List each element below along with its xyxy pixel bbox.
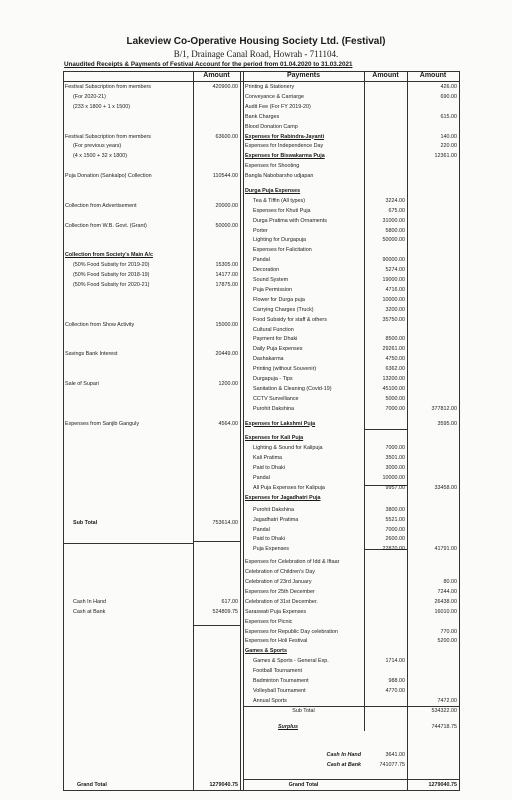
payment-label: Printing & Stationery [245, 83, 363, 91]
payment-label: Games & Sports - General Exp. [245, 657, 371, 665]
receipt-label: Puja Donation (Sankalpo) Collection [65, 172, 191, 180]
receipt-amount: 15000.00 [193, 321, 238, 329]
payment-label: Pandal [245, 474, 371, 482]
payment-amount: 3200.00 [364, 306, 405, 314]
payment-amount: 2600.00 [364, 535, 405, 543]
receipt-amount: 15305.00 [193, 261, 238, 269]
payment-label: All Puja Expenses for Kalipuja [245, 484, 371, 492]
payments-amount-header: Amount [364, 71, 407, 81]
payment-total: 3595.00 [407, 420, 457, 428]
receipt-amount: 20000.00 [193, 202, 238, 210]
payment-label: Paid to Dhaki [245, 535, 371, 543]
payment-label: Celebration of 31st December. [245, 598, 363, 606]
payment-total: 220.00 [407, 142, 457, 150]
payment-amount: 4750.00 [364, 355, 405, 363]
payment-label: Expenses for Falicitation [245, 246, 371, 254]
receipt-amount: 14177.00 [193, 271, 238, 279]
payment-label: Pandal [245, 256, 371, 264]
payment-total: 80.00 [407, 578, 457, 586]
payment-amount: 5000.00 [364, 395, 405, 403]
receipt-label: (50% Food Subsity for 2019-20) [65, 261, 199, 269]
receipt-label: (233 x 1800 + 1 x 1500) [65, 103, 199, 111]
receipt-amount: 617.00 [193, 598, 238, 606]
payment-amount: 8500.00 [364, 335, 405, 343]
payment-label: Porter [245, 227, 371, 235]
col-border [63, 71, 64, 791]
grand-total-right-label: Grand Total [243, 781, 364, 789]
payment-label: Bank Charges [245, 113, 363, 121]
payment-amount: 13200.00 [364, 375, 405, 383]
receipts-subtotal-line [193, 541, 240, 542]
payment-amount: 31000.00 [364, 217, 405, 225]
payment-label: Bangla Nabobarsho udjapan [245, 172, 363, 180]
payment-total: 33458.00 [407, 484, 457, 492]
cash-line [193, 625, 240, 626]
payment-total: 7472.00 [407, 697, 457, 705]
payment-label: Purohit Dakshina [245, 506, 371, 514]
receipt-label: Cash In Hand [65, 598, 199, 606]
payment-label: Volleyball Tournament [245, 687, 371, 695]
payment-label: Conveyance & Carriarge [245, 93, 363, 101]
col-border [243, 71, 244, 791]
closing-cash-in-hand-label: Cash In Hand [243, 751, 361, 759]
payment-amount: 3224.00 [364, 197, 405, 205]
payment-label: Food Subsidy for staff & others [245, 316, 371, 324]
payment-label: Cultural Function [245, 326, 371, 334]
payment-amount: 10000.00 [364, 474, 405, 482]
receipt-label: (4 x 1500 + 32 x 1800) [65, 152, 199, 160]
receipt-label: (50% Food Subsity for 2018-19) [65, 271, 199, 279]
payment-amount: 19000.00 [364, 276, 405, 284]
payment-label: Flower for Durga puja [245, 296, 371, 304]
payment-total: 26438.00 [407, 598, 457, 606]
payment-label: Puja Permission [245, 286, 371, 294]
payment-label: Blood Donation Camp [245, 123, 363, 131]
payment-label: Expenses for Independence Day [245, 142, 363, 150]
payment-label: Pandal [245, 526, 371, 534]
receipt-amount: 4564.00 [193, 420, 238, 428]
payment-total: 615.00 [407, 113, 457, 121]
col-border [240, 71, 241, 791]
payment-amount: 22870.00 [364, 545, 405, 553]
surplus-amount: 744718.75 [407, 723, 457, 731]
payment-amount: 3800.00 [364, 506, 405, 514]
payment-amount: 3501.00 [364, 454, 405, 462]
payment-label: Carrying Charges (Truck) [245, 306, 371, 314]
payment-label: Football Tournament [245, 667, 371, 675]
payment-amount: 7000.00 [364, 444, 405, 452]
payment-label: CCTV Survelliance [245, 395, 371, 403]
payment-label: Expenses for Kali Puja [245, 434, 363, 442]
payment-label: Kali Pratima [245, 454, 371, 462]
grand-total-right-amount: 1279040.75 [407, 781, 457, 789]
payment-amount: 5800.00 [364, 227, 405, 235]
payment-total: 7244.00 [407, 588, 457, 596]
payment-amount: 45100.00 [364, 385, 405, 393]
payment-label: Expenses for Rabindra-Jayanti [245, 133, 363, 141]
receipt-label: Collection from W.B. Govt. (Grant) [65, 222, 191, 230]
payment-label: Badminton Tournament [245, 677, 371, 685]
payment-label: Tea & Tiffin (All types) [245, 197, 371, 205]
payment-amount: 5521.00 [364, 516, 405, 524]
payment-amount: 7000.00 [364, 405, 405, 413]
payment-amount: 10000.00 [364, 296, 405, 304]
payment-amount: 35750.00 [364, 316, 405, 324]
payment-amount: 4770.00 [364, 687, 405, 695]
payment-total: 690.00 [407, 93, 457, 101]
society-title: Lakeview Co-Operative Housing Society Lt… [0, 36, 512, 47]
payment-label: Saraswati Puja Expenses [245, 608, 363, 616]
payment-total: 41791.00 [407, 545, 457, 553]
payments-subtotal-amount: 534322.00 [407, 707, 457, 715]
payment-label: Sound System [245, 276, 371, 284]
payment-total: 140.00 [407, 133, 457, 141]
col-border [459, 71, 460, 791]
receipts-subtotal-line [63, 543, 193, 544]
payment-label: Expenses for Shooting [245, 162, 363, 170]
payment-amount: 1714.00 [364, 657, 405, 665]
statement-caption: Unaudited Receipts & Payments of Festiva… [64, 61, 352, 68]
payment-label: Durgapuja - Tips [245, 375, 371, 383]
payment-label: Purohit Dakshina [245, 405, 371, 413]
payment-label: Dashakarma [245, 355, 371, 363]
receipt-amount: 420900.00 [193, 83, 238, 91]
receipt-label: Collection from Show Activity [65, 321, 191, 329]
payment-amount: 9957.00 [364, 484, 405, 492]
payment-amount: 4716.00 [364, 286, 405, 294]
closing-cash-in-hand-amount: 3641.00 [364, 751, 405, 759]
surplus-label: Surplus [258, 723, 318, 731]
payment-label: Audit Fee (For FY 2019-20) [245, 103, 363, 111]
grand-total-line [243, 779, 460, 780]
receipt-label: Collection from Society's Main A/c [65, 251, 191, 259]
payment-label: Printing (without Souvenir) [245, 365, 371, 373]
payment-label: Expenses for Celebration of Idd & Iftaar [245, 558, 363, 566]
grand-total-left-amount: 1279040.75 [193, 781, 238, 789]
payment-label: Expenses for Republic Day celebration [245, 628, 363, 636]
payment-label: Expenses for Khuti Puja [245, 207, 371, 215]
receipt-amount: 63600.00 [193, 133, 238, 141]
grand-total-left-label: Grand Total [77, 781, 107, 789]
payment-label: Lighting & Sound for Kalipuja [245, 444, 371, 452]
receipt-label: Festival Subscription from members [65, 83, 191, 91]
payment-total: 12361.00 [407, 152, 457, 160]
payment-amount: 7000.00 [364, 526, 405, 534]
receipt-amount: 753614.00 [193, 519, 238, 527]
payment-label: Decoration [245, 266, 371, 274]
receipt-label: Expenses from Sanjib Ganguly [65, 420, 191, 428]
receipt-label: Sale of Supari [65, 380, 191, 388]
receipts-payments-table: Amount Payments Amount Amount Festival S… [63, 71, 460, 791]
payment-label: Expenses for Biswakarma Puja [245, 152, 363, 160]
payment-label: Sanitation & Cleaning (Covid-19) [245, 385, 371, 393]
payments-subtotal-label: Sub Total [243, 707, 364, 715]
receipt-label: (For 2020-21) [65, 93, 199, 101]
payment-label: Puja Expenses [245, 545, 371, 553]
receipt-amount: 50000.00 [193, 222, 238, 230]
payment-label: Celebration of 23rd January [245, 578, 363, 586]
payment-amount: 675.00 [364, 207, 405, 215]
receipt-label: Collection from Advertisement [65, 202, 191, 210]
payment-label: Expenses for Holi Festival [245, 637, 363, 645]
payment-total: 426.00 [407, 83, 457, 91]
payment-label: Expenses for Picnic [245, 618, 363, 626]
payment-total: 16010.00 [407, 608, 457, 616]
payment-amount: 50000.00 [364, 236, 405, 244]
payment-label: Durga Puja Expenses [245, 187, 363, 195]
payment-label: Durga Pratima with Ornaments [245, 217, 371, 225]
payment-label: Jagadhatri Pratima [245, 516, 371, 524]
payment-label: Expenses for 25th December [245, 588, 363, 596]
payment-label: Games & Sports [245, 647, 363, 655]
payment-label: Expenses for Jagadhatri Puja [245, 494, 363, 502]
payment-label: Lighting for Durgapuja [245, 236, 371, 244]
payment-amount: 5274.00 [364, 266, 405, 274]
payment-total: 5200.00 [407, 637, 457, 645]
receipt-label: (For previous years) [65, 142, 199, 150]
receipt-label: (50% Food Subsity for 2020-21) [65, 281, 199, 289]
society-address: B/1, Drainage Canal Road, Howrah - 71110… [0, 49, 512, 59]
receipt-amount: 110544.00 [193, 172, 238, 180]
table-bottom-border [63, 790, 460, 791]
receipts-amount-header: Amount [193, 71, 240, 81]
payment-label: Daily Puja Expenses [245, 345, 371, 353]
payment-label: Annual Sports [245, 697, 371, 705]
payments-total-header: Amount [407, 71, 459, 81]
payments-header: Payments [243, 71, 364, 81]
payment-label: Paid to Dhaki [245, 464, 371, 472]
durga-total-line [364, 429, 407, 430]
receipt-label: Sub Total [65, 519, 199, 527]
payment-label: Celebration of Children's Day [245, 568, 363, 576]
closing-cash-at-bank-amount: 741077.75 [364, 761, 405, 769]
col-border [407, 71, 408, 791]
payment-amount: 3000.00 [364, 464, 405, 472]
receipt-amount: 17875.00 [193, 281, 238, 289]
closing-cash-at-bank-label: Cash at Bank [243, 761, 361, 769]
payment-total: 377812.00 [407, 405, 457, 413]
payment-amount: 6362.00 [364, 365, 405, 373]
receipt-amount: 524809.75 [193, 608, 238, 616]
receipt-label: Festival Subscription from members [65, 133, 191, 141]
payment-amount: 90000.00 [364, 256, 405, 264]
header-divider [63, 81, 460, 82]
receipt-amount: 1200.00 [193, 380, 238, 388]
receipt-label: Cash at Bank [65, 608, 199, 616]
payment-amount: 988.00 [364, 677, 405, 685]
payment-total: 770.00 [407, 628, 457, 636]
payment-amount: 29261.00 [364, 345, 405, 353]
receipt-amount: 20449.00 [193, 350, 238, 358]
receipt-label: Savings Bank Interest [65, 350, 191, 358]
payment-label: Expenses for Lakshmi Puja [245, 420, 363, 428]
payment-label: Payment for Dhaki [245, 335, 371, 343]
